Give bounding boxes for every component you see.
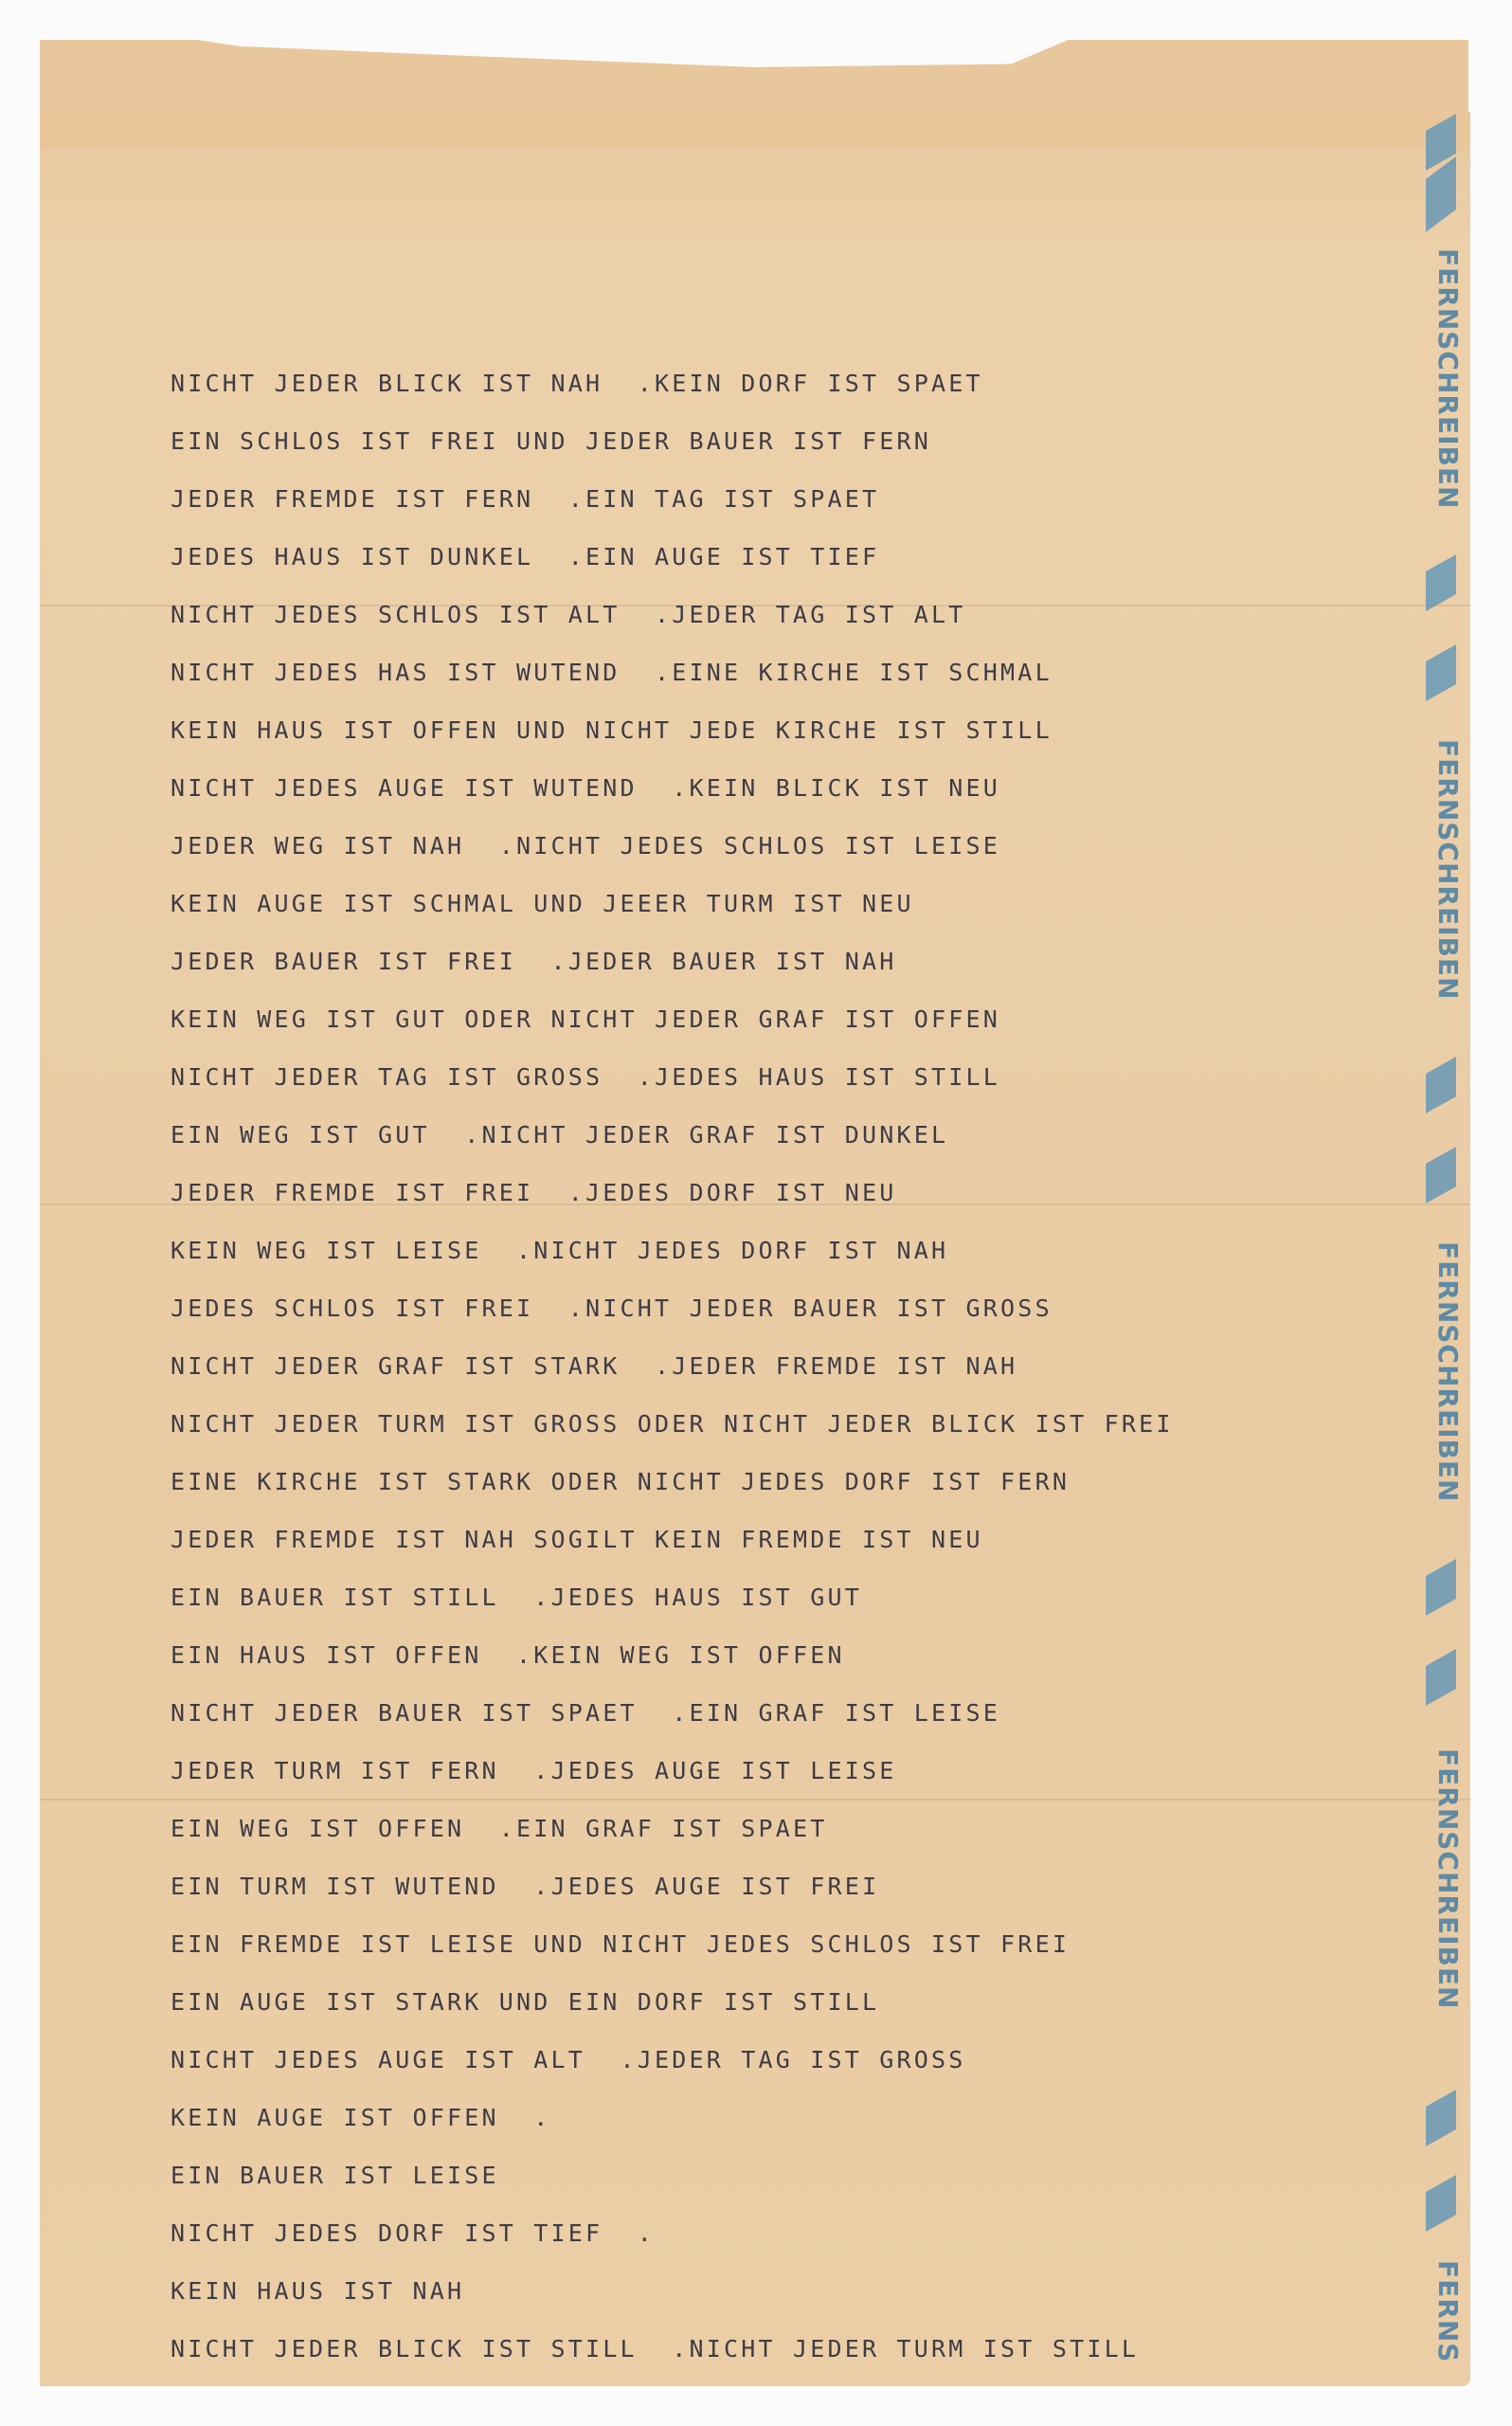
message-line: NICHT JEDER TAG IST GROSS .JEDES HAUS IS…: [171, 1059, 1174, 1116]
message-line: JEDER WEG IST NAH .NICHT JEDES SCHLOS IS…: [171, 827, 1174, 885]
message-line: EIN BAUER IST STILL .JEDES HAUS IST GUT: [171, 1579, 1174, 1637]
fernschreiben-label: FERNSCHREIBEN: [1426, 739, 1464, 1000]
message-line: JEDER FREMDE IST FERN .EIN TAG IST SPAET: [171, 480, 1174, 538]
fernschreiben-label-partial: FERNS: [1426, 2260, 1464, 2363]
fernschreiben-label: FERNSCHREIBEN: [1426, 1241, 1464, 1502]
message-line: KEIN HAUS IST NAH: [171, 2272, 1174, 2330]
message-line: EINE KIRCHE IST STARK ODER NICHT JEDES D…: [171, 1463, 1174, 1521]
message-line: EIN SCHLOS IST FREI UND JEDER BAUER IST …: [171, 423, 1174, 480]
message-line: NICHT JEDER GRAF IST STARK .JEDER FREMDE…: [171, 1348, 1174, 1405]
message-line: KEIN WEG IST GUT ODER NICHT JEDER GRAF I…: [171, 1001, 1174, 1059]
fernschreiben-label: FERNSCHREIBEN: [1426, 248, 1464, 509]
message-line: JEDES HAUS IST DUNKEL .EIN AUGE IST TIEF: [171, 538, 1174, 596]
message-line: KEIN AUGE IST SCHMAL UND JEEER TURM IST …: [171, 885, 1174, 943]
message-line: JEDER FREMDE IST NAH SOGILT KEIN FREMDE …: [171, 1521, 1174, 1579]
message-line: NICHT JEDES SCHLOS IST ALT .JEDER TAG IS…: [171, 596, 1174, 654]
message-line: NICHT JEDER BLICK IST STILL .NICHT JEDER…: [171, 2330, 1174, 2388]
message-line: KEIN AUGE IST OFFEN .: [171, 2099, 1174, 2157]
fernschreiben-label: FERNSCHREIBEN: [1426, 1748, 1464, 2009]
message-line: JEDER TURM IST FERN .JEDES AUGE IST LEIS…: [171, 1752, 1174, 1810]
message-line: NICHT JEDES AUGE IST WUTEND .KEIN BLICK …: [171, 769, 1174, 827]
message-line: NICHT JEDES DORF IST TIEF .: [171, 2215, 1174, 2272]
message-line: JEDES SCHLOS IST FREI .NICHT JEDER BAUER…: [171, 1290, 1174, 1348]
message-line: EIN HAUS IST OFFEN .KEIN WEG IST OFFEN: [171, 1637, 1174, 1694]
message-line: EIN WEG IST GUT .NICHT JEDER GRAF IST DU…: [171, 1116, 1174, 1174]
message-line: EIN FREMDE IST LEISE UND NICHT JEDES SCH…: [171, 1926, 1174, 1983]
torn-paper-top: [40, 40, 1468, 120]
message-line: NICHT JEDER TURM IST GROSS ODER NICHT JE…: [171, 1405, 1174, 1463]
message-line: KEIN WEG IST LEISE .NICHT JEDES DORF IST…: [171, 1232, 1174, 1290]
message-line: NICHT JEDES AUGE IST ALT .JEDER TAG IST …: [171, 2041, 1174, 2099]
message-line: EIN BAUER IST LEISE: [171, 2157, 1174, 2215]
paper-top-band: [40, 112, 1470, 150]
message-line: NICHT JEDER BAUER IST SPAET .EIN GRAF IS…: [171, 1694, 1174, 1752]
message-line: EIN AUGE IST STARK UND EIN DORF IST STIL…: [171, 1983, 1174, 2041]
message-line: KEIN HAUS IST OFFEN UND NICHT JEDE KIRCH…: [171, 712, 1174, 769]
message-line: NICHT JEDES HAS IST WUTEND .EINE KIRCHE …: [171, 654, 1174, 712]
message-line: JEDER BAUER IST FREI .JEDER BAUER IST NA…: [171, 943, 1174, 1001]
message-line: EIN TURM IST WUTEND .JEDES AUGE IST FREI: [171, 1868, 1174, 1926]
message-line: EIN WEG IST OFFEN .EIN GRAF IST SPAET: [171, 1810, 1174, 1868]
message-line: NICHT JEDER BLICK IST NAH .KEIN DORF IST…: [171, 365, 1174, 423]
message-line: JEDER FREMDE IST FREI .JEDES DORF IST NE…: [171, 1174, 1174, 1232]
telex-message-body: NICHT JEDER BLICK IST NAH .KEIN DORF IST…: [171, 365, 1174, 2388]
